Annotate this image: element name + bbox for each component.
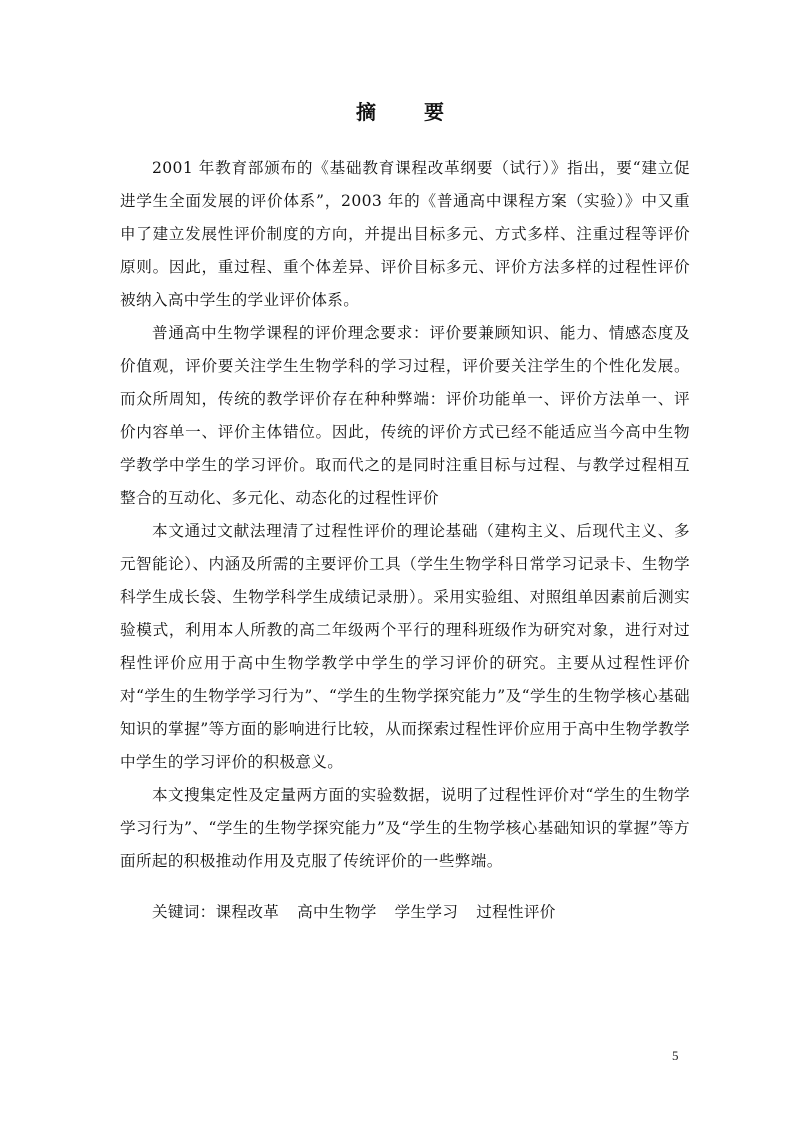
abstract-title: 摘要 xyxy=(0,96,800,125)
paragraph-3: 本文通过文献法理清了过程性评价的理论基础（建构主义、后现代主义、多元智能论）、内… xyxy=(120,515,690,779)
title-char-1: 摘 xyxy=(356,100,376,124)
keyword-item: 学生学习 xyxy=(395,903,459,921)
document-page: 摘要 2001 年教育部颁布的《基础教育课程改革纲要（试行）》指出，要“建立促进… xyxy=(0,0,800,1132)
paragraph-4: 本文搜集定性及定量两方面的实验数据，说明了过程性评价对“学生的生物学学习行为”、… xyxy=(120,779,690,878)
title-char-2: 要 xyxy=(424,100,444,124)
keywords-line: 关键词：课程改革高中生物学学生学习过程性评价 xyxy=(152,897,556,927)
page-number: 5 xyxy=(672,1048,679,1064)
keyword-item: 高中生物学 xyxy=(297,903,376,921)
paragraph-2: 普通高中生物学课程的评价理念要求：评价要兼顾知识、能力、情感态度及价值观，评价要… xyxy=(120,317,690,515)
keyword-item: 过程性评价 xyxy=(476,903,555,921)
abstract-body: 2001 年教育部颁布的《基础教育课程改革纲要（试行）》指出，要“建立促进学生全… xyxy=(120,152,690,878)
keywords-label: 关键词： xyxy=(152,903,216,921)
paragraph-1: 2001 年教育部颁布的《基础教育课程改革纲要（试行）》指出，要“建立促进学生全… xyxy=(120,152,690,317)
keyword-item: 课程改革 xyxy=(216,903,280,921)
